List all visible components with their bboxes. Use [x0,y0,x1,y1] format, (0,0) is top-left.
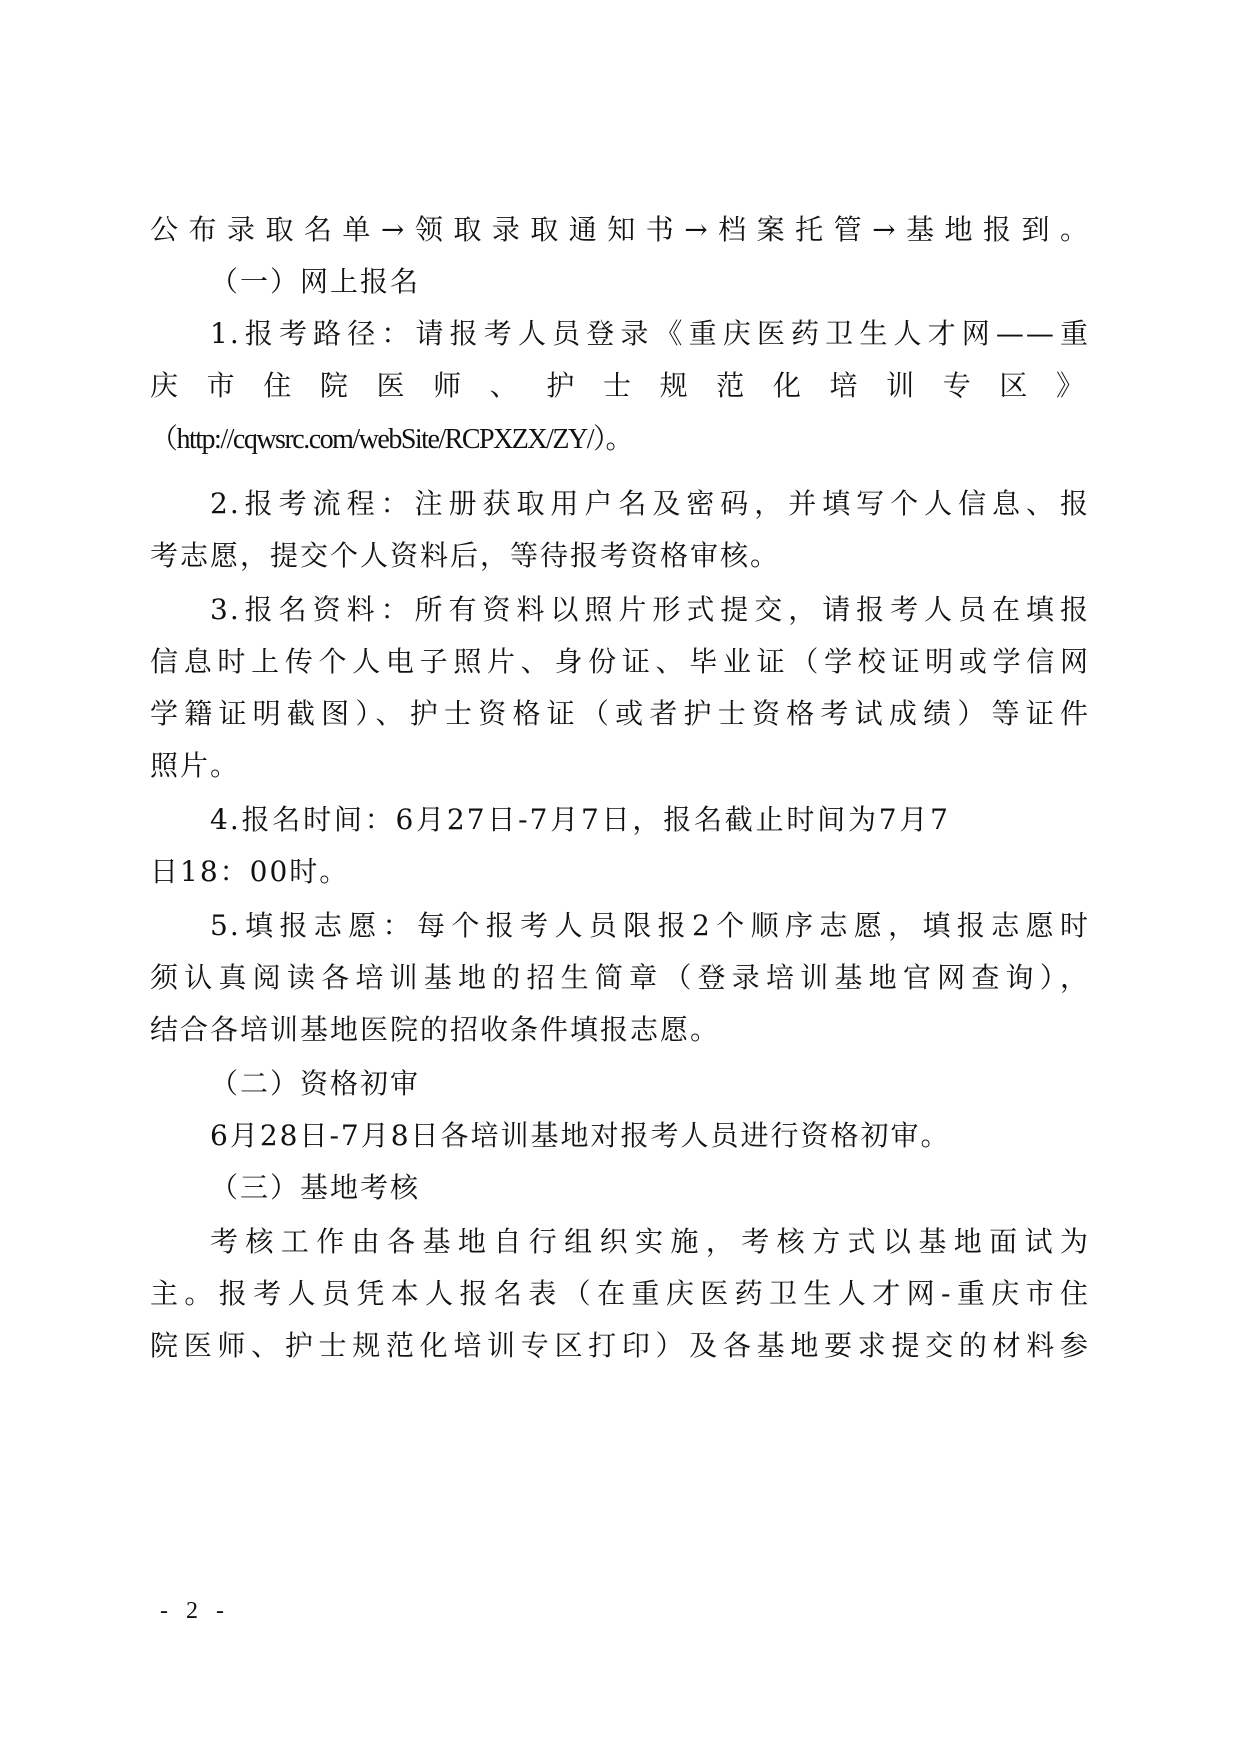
text-line: 院医师、护士规范化培训专区打印）及各基地要求提交的材料参 [150,1326,1090,1366]
text-line: 2.报考流程：注册获取用户名及密码，并填写个人信息、报 [210,484,1090,524]
section-heading-online-registration: （一）网上报名 [210,262,1090,302]
text-line: 5.填报志愿：每个报考人员限报2个顺序志愿，填报志愿时 [210,906,1090,946]
registration-url: （http://cqwsrc.com/webSite/RCPXZX/ZY/）。 [150,420,1090,460]
text-line: 公布录取名单→领取录取通知书→档案托管→基地报到。 [150,210,1090,250]
text-line: 须认真阅读各培训基地的招生简章（登录培训基地官网查询）， [150,958,1090,998]
document-page: 公布录取名单→领取录取通知书→档案托管→基地报到。 （一）网上报名 1.报考路径… [0,0,1241,1754]
text-line: 主。报考人员凭本人报名表（在重庆医药卫生人才网-重庆市住 [150,1274,1090,1314]
text-line: 1.报考路径：请报考人员登录《重庆医药卫生人才网——重 [210,314,1090,354]
section-heading-base-assessment: （三）基地考核 [210,1168,1090,1208]
page-number: - 2 - [160,1598,230,1625]
text-line: 3.报名资料：所有资料以照片形式提交，请报考人员在填报 [210,590,1090,630]
text-line: 结合各培训基地医院的招收条件填报志愿。 [150,1010,1090,1050]
text-line: 日18：00时。 [150,852,1090,892]
text-line: 考志愿，提交个人资料后，等待报考资格审核。 [150,536,1090,576]
text-line: 信息时上传个人电子照片、身份证、毕业证（学校证明或学信网 [150,642,1090,682]
text-line: 照片。 [150,746,1090,786]
section-heading-qualification-review: （二）资格初审 [210,1064,1090,1104]
text-line: 学籍证明截图）、护士资格证（或者护士资格考试成绩）等证件 [150,694,1090,734]
text-line: 考核工作由各基地自行组织实施，考核方式以基地面试为 [210,1222,1090,1262]
text-line: 庆市住院医师、护士规范化培训专区》 [150,366,1090,406]
text-line: 6月28日-7月8日各培训基地对报考人员进行资格初审。 [210,1116,1090,1156]
text-line: 4.报名时间：6月27日-7月7日，报名截止时间为7月7 [210,800,950,840]
